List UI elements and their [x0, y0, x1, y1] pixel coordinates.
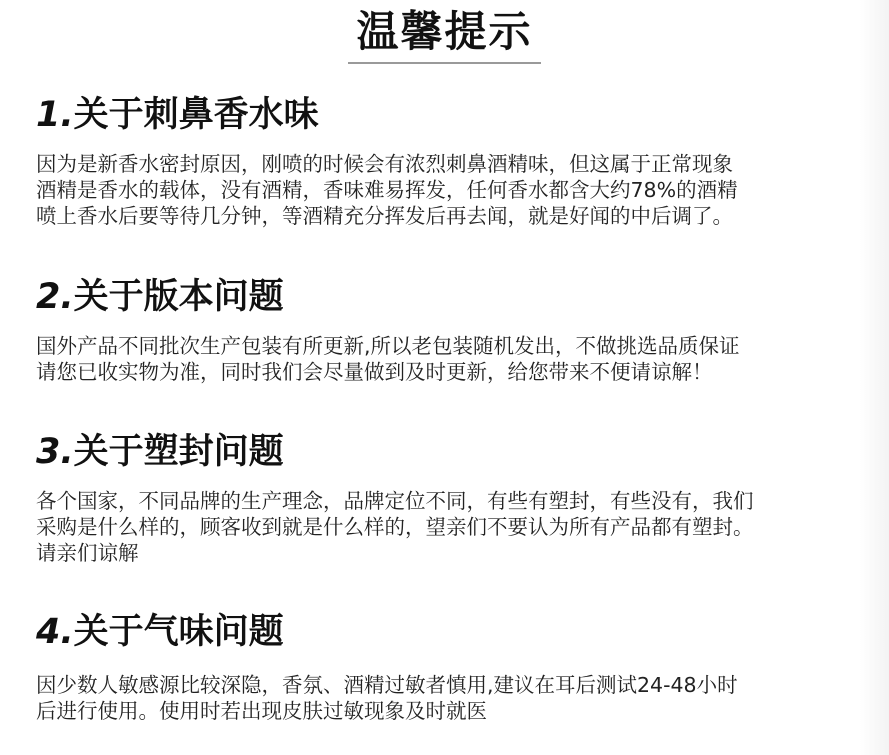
section-scent: 4.关于气味问题 因少数人敏感源比较深隐，香氛、酒精过敏者慎用,建议在耳后测试2…	[36, 610, 738, 724]
section-heading-text: 关于气味问题	[74, 612, 284, 652]
section-version: 2.关于版本问题 国外产品不同批次生产包装有所更新,所以老包装随机发出，不做挑选…	[36, 275, 740, 385]
body-line: 后进行使用。使用时若出现皮肤过敏现象及时就医	[36, 698, 738, 724]
section-number: 3.	[36, 432, 74, 472]
section-perfume-smell: 1.关于刺鼻香水味 因为是新香水密封原因，刚喷的时候会有浓烈刺鼻酒精味，但这属于…	[36, 93, 738, 229]
section-heading: 3.关于塑封问题	[36, 430, 754, 474]
body-line: 因为是新香水密封原因，刚喷的时候会有浓烈刺鼻酒精味，但这属于正常现象	[36, 151, 738, 177]
title-container: 温馨提示	[0, 0, 889, 64]
page-title: 温馨提示	[348, 6, 540, 64]
body-line: 酒精是香水的载体，没有酒精，香味难易挥发，任何香水都含大约78%的酒精	[36, 177, 738, 203]
body-line: 各个国家，不同品牌的生产理念，品牌定位不同，有些有塑封，有些没有，我们	[36, 488, 754, 514]
section-body: 因少数人敏感源比较深隐，香氛、酒精过敏者慎用,建议在耳后测试24-48小时 后进…	[36, 672, 738, 724]
section-number: 2.	[36, 277, 74, 317]
body-line: 国外产品不同批次生产包装有所更新,所以老包装随机发出，不做挑选品质保证	[36, 333, 740, 359]
section-heading-text: 关于刺鼻香水味	[74, 95, 319, 135]
body-line: 请您已收实物为准，同时我们会尽量做到及时更新，给您带来不便请谅解！	[36, 359, 740, 385]
body-line: 请亲们谅解	[36, 540, 754, 566]
section-shrink-wrap: 3.关于塑封问题 各个国家，不同品牌的生产理念，品牌定位不同，有些有塑封，有些没…	[36, 430, 754, 566]
body-line: 因少数人敏感源比较深隐，香氛、酒精过敏者慎用,建议在耳后测试24-48小时	[36, 672, 738, 698]
section-heading: 4.关于气味问题	[36, 610, 738, 654]
section-heading: 2.关于版本问题	[36, 275, 740, 319]
section-number: 1.	[36, 95, 74, 135]
section-body: 国外产品不同批次生产包装有所更新,所以老包装随机发出，不做挑选品质保证 请您已收…	[36, 333, 740, 385]
body-line: 喷上香水后要等待几分钟，等酒精充分挥发后再去闻，就是好闻的中后调了。	[36, 203, 738, 229]
body-line: 采购是什么样的，顾客收到就是什么样的，望亲们不要认为所有产品都有塑封。	[36, 514, 754, 540]
section-body: 因为是新香水密封原因，刚喷的时候会有浓烈刺鼻酒精味，但这属于正常现象 酒精是香水…	[36, 151, 738, 229]
section-heading: 1.关于刺鼻香水味	[36, 93, 738, 137]
section-number: 4.	[36, 612, 74, 652]
section-body: 各个国家，不同品牌的生产理念，品牌定位不同，有些有塑封，有些没有，我们 采购是什…	[36, 488, 754, 566]
section-heading-text: 关于版本问题	[74, 277, 284, 317]
section-heading-text: 关于塑封问题	[74, 432, 284, 472]
